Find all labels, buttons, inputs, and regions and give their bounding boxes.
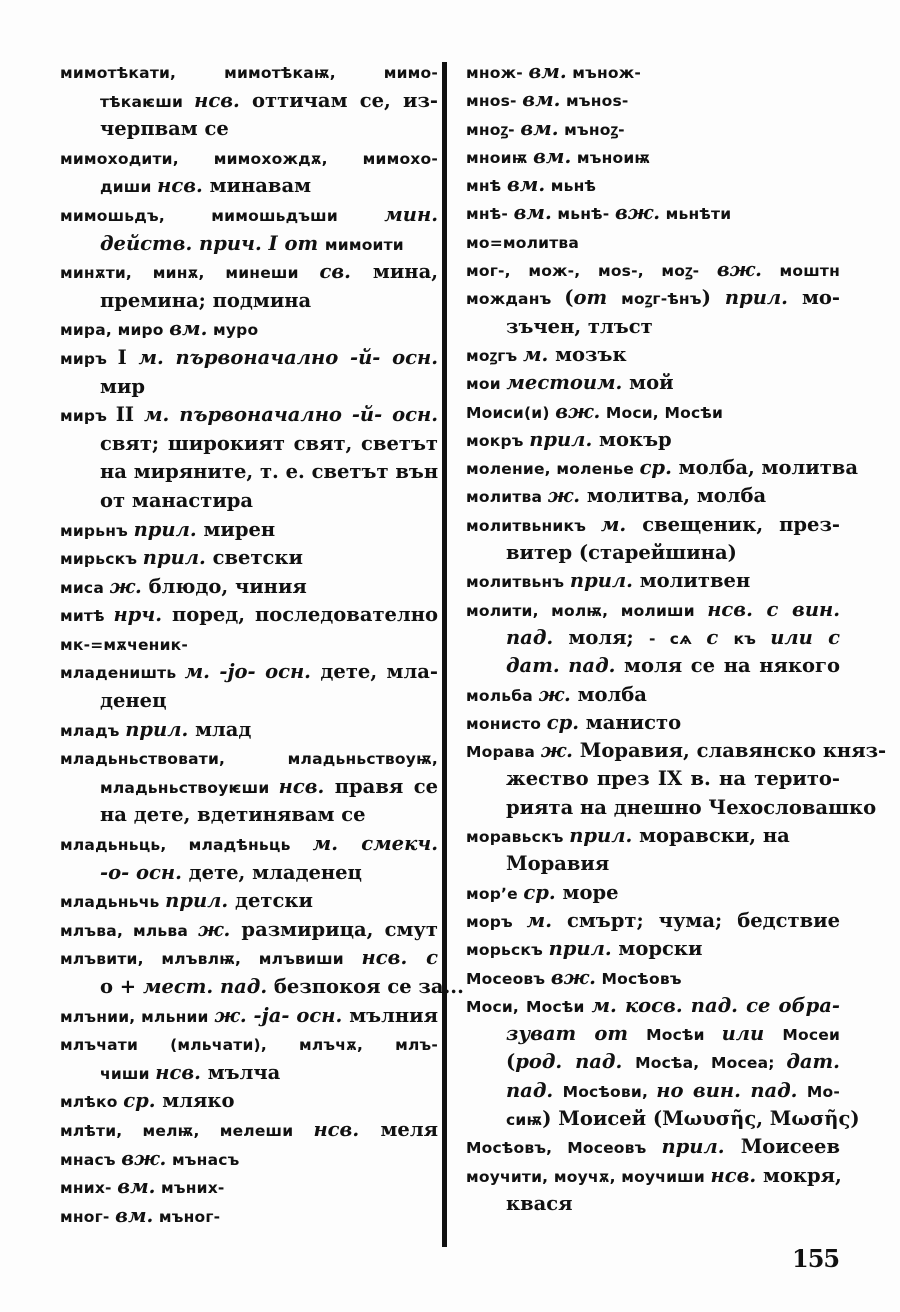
entry-line: младьньць, младѣньць м. смекч.: [60, 830, 438, 859]
headword: млѣти, мелѭ, мелеши: [60, 1122, 313, 1140]
grammar-label: нсв.: [155, 1061, 201, 1084]
grammar-label: св.: [319, 260, 350, 283]
definition-text: Моравия: [506, 852, 609, 875]
headword: чиши: [100, 1065, 155, 1083]
definition-text: оттичам се, из-: [240, 89, 438, 112]
headword: митѣ: [60, 607, 113, 625]
grammar-label: прил.: [143, 546, 206, 569]
headword: мимоходити, мимохождѫ, мимохо-: [60, 150, 438, 168]
entry-continuation-line: свят; широкият свят, светът: [60, 430, 438, 459]
headword: мноѕ-: [466, 92, 522, 110]
grammar-label: прил.: [165, 889, 228, 912]
definition-text: ) Моисей (Μωυσῆς, Μωσῆς): [542, 1107, 859, 1130]
definition-text: блюдо, чиния: [142, 575, 307, 598]
headword: морьскъ: [466, 941, 549, 959]
entry-line: мира, миро вм. муро: [60, 315, 438, 344]
entry-continuation-line: на миряните, т. е. светът вън: [60, 458, 438, 487]
entry-line: Мосѣовъ, Мосеовъ прил. Моисеев: [466, 1133, 840, 1161]
headword: Мосѣовъ: [596, 970, 682, 988]
headword: моштн: [762, 262, 840, 280]
entry-continuation-line: премина; подмина: [60, 287, 438, 316]
definition-text: молитвен: [633, 569, 750, 592]
entry-line: мирьнъ прил. мирен: [60, 516, 438, 545]
grammar-label: вм.: [514, 201, 552, 224]
headword: миса: [60, 579, 110, 597]
grammar-label: м. първоначално -й- осн.: [144, 403, 438, 426]
entry-line: миса ж. блюдо, чиния: [60, 573, 438, 602]
headword: можданъ: [466, 290, 564, 308]
grammar-label: нрч.: [113, 603, 162, 626]
headword: мирьскъ: [60, 550, 143, 568]
grammar-label: нсв. с: [362, 946, 438, 969]
headword: млъвити, млъвлѭ, млъвиши: [60, 950, 362, 968]
headword: мо=молитва: [466, 234, 579, 252]
headword: миръ: [60, 407, 116, 425]
definition-text: меля: [359, 1118, 438, 1141]
headword: мнасъ: [60, 1151, 121, 1169]
headword: молитвьнъ: [466, 573, 570, 591]
definition-text: дете, мла-: [311, 660, 438, 683]
entry-line: мних- вм. мъних-: [60, 1173, 438, 1202]
headword: Моси, Мосѣи: [466, 998, 591, 1016]
entry-continuation-line: от манастира: [60, 487, 438, 516]
definition-text: свещеник, през-: [626, 513, 840, 536]
entry-line: мнѣ- вм. мьнѣ- вж. мьнѣти: [466, 199, 840, 227]
entry-line: мноиѭ вм. мъноиѭ: [466, 143, 840, 171]
headword: Мосѣи: [646, 1026, 721, 1044]
grammar-label: нсв.: [157, 174, 203, 197]
headword: мьнѣ: [545, 177, 596, 195]
grammar-label: прил.: [529, 428, 592, 451]
grammar-label: м. косв. пад. се обра-: [591, 994, 840, 1017]
headword: мольба: [466, 687, 539, 705]
entry-line: мольба ж. молба: [466, 681, 840, 709]
entry-line: млъчати (мльчати), млъчѫ, млъ-: [60, 1030, 438, 1059]
headword: Мосѣови,: [563, 1083, 657, 1101]
grammar-label: ж.: [541, 739, 573, 762]
grammar-label: вж.: [717, 258, 762, 281]
entry-line: младьньчь прил. детски: [60, 887, 438, 916]
definition-text: манисто: [579, 711, 681, 734]
headword: мъног-: [153, 1208, 220, 1226]
definition-text: дете, младенец: [182, 861, 362, 884]
entry-line: младьньствовати, младьньствоуѭ,: [60, 744, 438, 773]
grammar-label: или: [722, 1022, 783, 1045]
entry-line: моучити, моучѫ, моучиши нсв. мокря,: [466, 1162, 840, 1190]
headword: младьньчь: [60, 893, 165, 911]
headword: молитвьникъ: [466, 517, 601, 535]
headword: минѫти, минѫ, минеши: [60, 264, 319, 282]
definition-text: Моисеев: [725, 1135, 840, 1158]
grammar-label: прил.: [549, 937, 612, 960]
headword: монисто: [466, 715, 547, 733]
headword: млъчати (мльчати), млъчѫ, млъ-: [60, 1036, 438, 1054]
entry-line: молитвьнъ прил. молитвен: [466, 567, 840, 595]
entry-line: мнѣ вм. мьнѣ: [466, 171, 840, 199]
headword: диши: [100, 178, 157, 196]
entry-line: молитва ж. молитва, молба: [466, 482, 840, 510]
entry-continuation-line: квася: [466, 1190, 840, 1218]
headword: мъних-: [155, 1179, 224, 1197]
grammar-label: ср.: [640, 456, 672, 479]
definition-text: мляко: [156, 1089, 235, 1112]
entry-line: мнасъ вж. мънасъ: [60, 1145, 438, 1174]
entry-continuation-line: дат. пад. моля се на някого: [466, 652, 840, 680]
grammar-label: м.: [523, 343, 548, 366]
definition-text: мълча: [201, 1061, 280, 1084]
headword: мог-, мож-, моѕ-, моꙁ-: [466, 262, 717, 280]
grammar-label: вм.: [169, 317, 207, 340]
grammar-label: или с: [770, 626, 840, 649]
definition-text: I: [118, 346, 139, 369]
headword: моръ: [466, 913, 527, 931]
entry-line: мои местоим. мой: [466, 369, 840, 397]
entry-line: Моиси(и) вж. Моси, Мосѣи: [466, 398, 840, 426]
entry-line: молити, молѭ, молиши нсв. с вин.: [466, 596, 840, 624]
column-divider: [442, 62, 447, 1247]
definition-text: минавам: [203, 174, 311, 197]
grammar-label: вм.: [117, 1175, 155, 1198]
grammar-label: м.: [527, 909, 552, 932]
entry-line: мноꙁ- вм. мъноꙁ-: [466, 115, 840, 143]
headword: мъноꙁ-: [559, 121, 625, 139]
grammar-label: зуват от: [506, 1022, 646, 1045]
dictionary-page: мимотѣкати, мимотѣкаѭ, мимо-тѣкаѥши нсв.…: [0, 0, 900, 1312]
headword: младьньствовати, младьньствоуѭ,: [60, 750, 438, 768]
grammar-label: вм.: [533, 145, 571, 168]
definition-text: молитва, молба: [580, 484, 766, 507]
definition-text: мина,: [351, 260, 438, 283]
entry-line: морʼе ср. море: [466, 879, 840, 907]
headword: младьньць, младѣньць: [60, 836, 313, 854]
entry-continuation-line: чиши нсв. мълча: [60, 1059, 438, 1088]
grammar-label: вм.: [520, 117, 558, 140]
entry-continuation-line: зуват от Мосѣи или Мосеи: [466, 1020, 840, 1048]
headword: мира, миро: [60, 321, 169, 339]
left-column: мимотѣкати, мимотѣкаѭ, мимо-тѣкаѥши нсв.…: [60, 58, 438, 1230]
definition-text: витер (старейшина): [506, 541, 737, 564]
definition-text: морски: [612, 937, 703, 960]
grammar-label: ж.: [110, 575, 142, 598]
definition-text: зъчен, тлъст: [506, 315, 653, 338]
grammar-label: вм.: [507, 173, 545, 196]
definition-text: мо-: [788, 286, 840, 309]
grammar-label: вм.: [522, 88, 560, 111]
entry-line: мирьскъ прил. светски: [60, 544, 438, 573]
headword: мънож-: [567, 64, 641, 82]
headword: мних-: [60, 1179, 117, 1197]
grammar-label: мест. пад.: [143, 975, 267, 998]
headword: къ: [734, 630, 771, 648]
entry-line: мог-, мож-, моѕ-, моꙁ- вж. моштн: [466, 256, 840, 284]
grammar-label: действ. прич. I от: [100, 232, 325, 255]
definition-text: черпвам се: [100, 117, 229, 140]
grammar-label: -o- осн.: [100, 861, 182, 884]
definition-text: размирица, смут: [230, 918, 438, 941]
definition-text: на миряните, т. е. светът вън: [100, 460, 438, 483]
headword: Мосеовъ: [466, 970, 551, 988]
grammar-label: с: [706, 626, 733, 649]
entry-continuation-line: жество през IX в. на терито-: [466, 765, 840, 793]
entry-line: можданъ (от моꙁг-ѣнъ) прил. мо-: [466, 284, 840, 312]
entry-line: мк-=мѫченик-: [60, 630, 438, 659]
definition-text: безпокоя се за...: [267, 975, 464, 998]
entry-line: млънии, мльнии ж. -ja- осн. мълния: [60, 1002, 438, 1031]
entry-continuation-line: мир: [60, 373, 438, 402]
entry-line: миръ I м. първоначално -й- осн.: [60, 344, 438, 373]
entry-line: младъ прил. млад: [60, 716, 438, 745]
page-number: 155: [792, 1244, 839, 1273]
headword: Мосѣовъ, Мосеовъ: [466, 1139, 661, 1157]
entry-line: младеништь м. -jo- осн. дете, мла-: [60, 658, 438, 687]
entry-line: мокръ прил. мокър: [466, 426, 840, 454]
headword: морʼе: [466, 885, 523, 903]
grammar-label: дат. пад.: [506, 654, 615, 677]
entry-line: минѫти, минѫ, минеши св. мина,: [60, 258, 438, 287]
definition-text: детски: [228, 889, 313, 912]
headword: моучити, моучѫ, моучиши: [466, 1168, 711, 1186]
headword: младъ: [60, 722, 125, 740]
grammar-label: вж.: [121, 1147, 166, 1170]
grammar-label: вм.: [115, 1204, 153, 1227]
entry-line: мноѕ- вм. мъноѕ-: [466, 86, 840, 114]
definition-text: рията на днешно Чехословашко: [506, 796, 876, 819]
headword: мимошьдъ, мимошьдъши: [60, 207, 384, 225]
headword: мк-=мѫченик-: [60, 636, 188, 654]
grammar-label: ж.: [548, 484, 580, 507]
entry-continuation-line: черпвам се: [60, 115, 438, 144]
grammar-label: нсв.: [313, 1118, 359, 1141]
entry-line: моравьскъ прил. моравски, на: [466, 822, 840, 850]
headword: мнѣ-: [466, 205, 514, 223]
entry-continuation-line: сиѭ) Моисей (Μωυσῆς, Μωσῆς): [466, 1105, 840, 1133]
definition-text: Моравия, славянско княз-: [573, 739, 886, 762]
definition-text: светски: [206, 546, 303, 569]
entry-line: млъвити, млъвлѭ, млъвиши нсв. с: [60, 944, 438, 973]
headword: моꙁг-ѣнъ: [621, 290, 702, 308]
grammar-label: прил.: [725, 286, 788, 309]
entry-continuation-line: -o- осн. дете, младенец: [60, 859, 438, 888]
grammar-label: м. -jo- осн.: [185, 660, 311, 683]
definition-text: мой: [622, 371, 673, 394]
grammar-label: вж.: [615, 201, 660, 224]
definition-text: мокър: [592, 428, 671, 451]
entry-line: миръ II м. първоначално -й- осн.: [60, 401, 438, 430]
headword: моление, моленье: [466, 460, 640, 478]
definition-text: млад: [188, 718, 251, 741]
headword: - сѧ: [649, 630, 706, 648]
grammar-label: нсв. с вин.: [707, 598, 840, 621]
headword: тѣкаѥши: [100, 93, 194, 111]
headword: млѣко: [60, 1093, 123, 1111]
entry-continuation-line: действ. прич. I от мимоити: [60, 230, 438, 259]
headword: млънии, мльнии: [60, 1008, 214, 1026]
grammar-label: прил.: [125, 718, 188, 741]
entry-continuation-line: денец: [60, 687, 438, 716]
entry-continuation-line: тѣкаѥши нсв. оттичам се, из-: [60, 87, 438, 116]
definition-text: II: [116, 403, 144, 426]
entry-continuation-line: Моравия: [466, 850, 840, 878]
grammar-label: ср.: [123, 1089, 155, 1112]
definition-text: моля;: [553, 626, 649, 649]
headword: Морава: [466, 743, 541, 761]
headword: младьньствоуѥши: [100, 779, 279, 797]
definition-text: молба, молитва: [672, 456, 858, 479]
entry-continuation-line: диши нсв. минавам: [60, 172, 438, 201]
entry-line: мимоходити, мимохождѫ, мимохо-: [60, 144, 438, 173]
definition-text: мир: [100, 375, 145, 398]
headword: мимотѣкати, мимотѣкаѭ, мимо-: [60, 64, 438, 82]
definition-text: (: [564, 286, 573, 309]
grammar-label: вм.: [528, 60, 566, 83]
grammar-label: местоим.: [506, 371, 622, 394]
grammar-label: вж.: [551, 966, 596, 989]
entry-continuation-line: витер (старейшина): [466, 539, 840, 567]
definition-text: от манастира: [100, 489, 253, 512]
definition-text: о +: [100, 975, 143, 998]
entry-line: митѣ нрч. поред, последователно: [60, 601, 438, 630]
entry-continuation-line: пад. моля; - сѧ с къ или с: [466, 624, 840, 652]
entry-continuation-line: на дете, вдетинявам се: [60, 801, 438, 830]
entry-line: молитвьникъ м. свещеник, през-: [466, 511, 840, 539]
grammar-label: м. първоначално -й- осн.: [138, 346, 438, 369]
headword: Моси, Мосѣи: [600, 404, 723, 422]
entry-line: млѣти, мелѭ, мелеши нсв. меля: [60, 1116, 438, 1145]
grammar-label: пад.: [506, 626, 553, 649]
entry-line: моление, моленье ср. молба, молитва: [466, 454, 840, 482]
definition-text: мокря,: [756, 1164, 842, 1187]
definition-text: (: [506, 1050, 515, 1073]
headword: мног-: [60, 1208, 115, 1226]
entry-line: монисто ср. манисто: [466, 709, 840, 737]
headword: муро: [207, 321, 258, 339]
definition-text: мирен: [197, 518, 276, 541]
definition-text: свят; широкият свят, светът: [100, 432, 438, 455]
grammar-label: ж.: [198, 918, 230, 941]
entry-continuation-line: зъчен, тлъст: [466, 313, 840, 341]
grammar-label: ж.: [539, 683, 571, 706]
grammar-label: м.: [601, 513, 626, 536]
definition-text: мълния: [342, 1004, 438, 1027]
headword: мирьнъ: [60, 522, 134, 540]
headword: моравьскъ: [466, 828, 569, 846]
headword: мокръ: [466, 432, 529, 450]
grammar-label: но вин. пад.: [656, 1079, 807, 1102]
grammar-label: пад.: [506, 1079, 563, 1102]
headword: Мо-: [807, 1083, 840, 1101]
entry-continuation-line: о + мест. пад. безпокоя се за...: [60, 973, 438, 1002]
entry-line: мо=молитва: [466, 228, 840, 256]
definition-text: моравски, на: [632, 824, 789, 847]
grammar-label: мин.: [384, 203, 438, 226]
grammar-label: вж.: [555, 400, 600, 423]
grammar-label: ж. -ja- осн.: [214, 1004, 342, 1027]
headword: мнѣ: [466, 177, 507, 195]
headword: сиѭ: [506, 1111, 542, 1129]
entry-line: морьскъ прил. морски: [466, 935, 840, 963]
entry-line: Морава ж. Моравия, славянско княз-: [466, 737, 840, 765]
entry-line: млѣко ср. мляко: [60, 1087, 438, 1116]
definition-text: премина; подмина: [100, 289, 311, 312]
definition-text: денец: [100, 689, 167, 712]
definition-text: мозък: [548, 343, 626, 366]
grammar-label: ср.: [547, 711, 579, 734]
entry-continuation-line: (род. пад. Мосѣа, Мосеа; дат.: [466, 1048, 840, 1076]
headword: мъноѕ-: [560, 92, 628, 110]
definition-text: смърт; чума; бедствие: [552, 909, 840, 932]
entry-line: мног- вм. мъног-: [60, 1202, 438, 1231]
headword: Моиси(и): [466, 404, 555, 422]
headword: мимоити: [325, 236, 404, 254]
grammar-label: нсв.: [194, 89, 240, 112]
headword: множ-: [466, 64, 528, 82]
headword: мьнѣти: [660, 205, 731, 223]
entry-continuation-line: младьньствоуѥши нсв. правя се: [60, 773, 438, 802]
grammar-label: прил.: [569, 824, 632, 847]
entry-line: моꙁгъ м. мозък: [466, 341, 840, 369]
headword: Мосѣа, Мосеа;: [635, 1054, 786, 1072]
grammar-label: прил.: [570, 569, 633, 592]
definition-text: квася: [506, 1192, 573, 1215]
entry-continuation-line: рията на днешно Чехословашко: [466, 794, 840, 822]
grammar-label: нсв.: [279, 775, 325, 798]
headword: мноꙁ-: [466, 121, 520, 139]
grammar-label: прил.: [661, 1135, 724, 1158]
entry-line: множ- вм. мънож-: [466, 58, 840, 86]
headword: мьнѣ-: [552, 205, 615, 223]
grammar-label: род. пад.: [515, 1050, 635, 1073]
entry-continuation-line: пад. Мосѣови, но вин. пад. Мо-: [466, 1077, 840, 1105]
grammar-label: прил.: [134, 518, 197, 541]
definition-text: молба: [571, 683, 647, 706]
definition-text: ): [702, 286, 725, 309]
grammar-label: от: [574, 286, 622, 309]
grammar-label: нсв.: [711, 1164, 757, 1187]
entry-line: мимотѣкати, мимотѣкаѭ, мимо-: [60, 58, 438, 87]
entry-line: мимошьдъ, мимошьдъши мин.: [60, 201, 438, 230]
grammar-label: ср.: [523, 881, 555, 904]
entry-line: млъва, мльва ж. размирица, смут: [60, 916, 438, 945]
headword: мъноиѭ: [571, 149, 650, 167]
headword: миръ: [60, 350, 118, 368]
headword: млъва, мльва: [60, 922, 198, 940]
definition-text: моля се на някого: [615, 654, 840, 677]
headword: мънасъ: [166, 1151, 239, 1169]
entry-line: Мосеовъ вж. Мосѣовъ: [466, 964, 840, 992]
entry-line: Моси, Мосѣи м. косв. пад. се обра-: [466, 992, 840, 1020]
entry-line: моръ м. смърт; чума; бедствие: [466, 907, 840, 935]
right-column: множ- вм. мънож-мноѕ- вм. мъноѕ-мноꙁ- вм…: [466, 58, 840, 1218]
definition-text: море: [556, 881, 619, 904]
definition-text: на дете, вдетинявам се: [100, 803, 366, 826]
grammar-label: дат.: [786, 1050, 840, 1073]
headword: Мосеи: [782, 1026, 840, 1044]
headword: молитва: [466, 488, 548, 506]
definition-text: правя се: [324, 775, 438, 798]
headword: младеништь: [60, 664, 185, 682]
headword: молити, молѭ, молиши: [466, 602, 707, 620]
grammar-label: м. смекч.: [313, 832, 438, 855]
definition-text: жество през IX в. на терито-: [506, 767, 840, 790]
definition-text: поред, последователно: [162, 603, 438, 626]
headword: моꙁгъ: [466, 347, 523, 365]
headword: мноиѭ: [466, 149, 533, 167]
headword: мои: [466, 375, 506, 393]
